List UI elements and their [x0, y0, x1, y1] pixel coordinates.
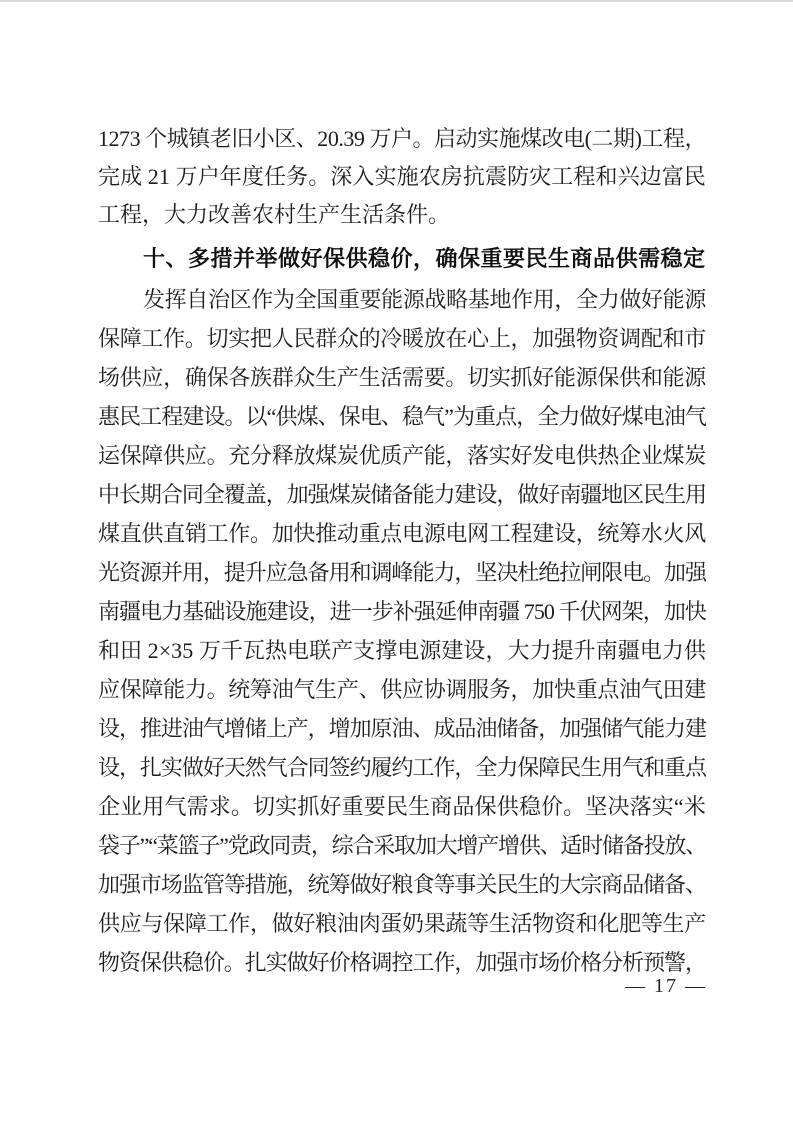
text-line: 完成 21 万户年度任务。深入实施农房抗震防灾工程和兴边富民: [98, 158, 706, 196]
page-number: — 17 —: [625, 974, 707, 998]
text-line: 设，推进油气增储上产，增加原油、成品油储备，加强储气能力建: [98, 709, 706, 748]
text-line: 光资源并用，提升应急备用和调峰能力，坚决杜绝拉闸限电。加强: [98, 553, 706, 592]
body-paragraph: 发挥自治区作为全国重要能源战略基地作用，全力做好能源保障工作。切实把人民群众的冷…: [98, 280, 706, 982]
paragraph-continuation: 1273 个城镇老旧小区、20.39 万户。启动实施煤改电(二期)工程，完成 2…: [98, 120, 706, 234]
text-line: 物资保供稳价。扎实做好价格调控工作，加强市场价格分析预警，: [98, 943, 706, 982]
text-line: 应保障能力。统筹油气生产、供应协调服务，加快重点油气田建: [98, 670, 706, 709]
text-line: 惠民工程建设。以“供煤、保电、稳气”为重点，全力做好煤电油气: [98, 397, 706, 436]
document-page: 1273 个城镇老旧小区、20.39 万户。启动实施煤改电(二期)工程，完成 2…: [0, 0, 793, 1122]
scan-artifact-line: [0, 0, 793, 2]
text-line: 设，扎实做好天然气合同签约履约工作，全力保障民生用气和重点: [98, 748, 706, 787]
text-line: 袋子”“菜篮子”党政同责，综合采取加大增产增供、适时储备投放、: [98, 826, 706, 865]
text-line: 工程，大力改善农村生产生活条件。: [98, 196, 706, 234]
text-line: 中长期合同全覆盖，加强煤炭储备能力建设，做好南疆地区民生用: [98, 475, 706, 514]
text-line: 运保障供应。充分释放煤炭优质产能，落实好发电供热企业煤炭: [98, 436, 706, 475]
text-line: 煤直供直销工作。加快推动重点电源电网工程建设，统筹水火风: [98, 514, 706, 553]
text-line: 场供应，确保各族群众生产生活需要。切实抓好能源保供和能源: [98, 358, 706, 397]
text-line: 企业用气需求。切实抓好重要民生商品保供稳价。坚决落实“米: [98, 787, 706, 826]
text-line: 和田 2×35 万千瓦热电联产支撑电源建设，大力提升南疆电力供: [98, 631, 706, 670]
text-line: 保障工作。切实把人民群众的冷暖放在心上，加强物资调配和市: [98, 319, 706, 358]
text-line: 发挥自治区作为全国重要能源战略基地作用，全力做好能源: [98, 280, 706, 319]
text-line: 南疆电力基础设施建设，进一步补强延伸南疆 750 千伏网架，加快: [98, 592, 706, 631]
text-line: 供应与保障工作，做好粮油肉蛋奶果蔬等生活物资和化肥等生产: [98, 904, 706, 943]
text-line: 1273 个城镇老旧小区、20.39 万户。启动实施煤改电(二期)工程，: [98, 120, 706, 158]
page-content: 1273 个城镇老旧小区、20.39 万户。启动实施煤改电(二期)工程，完成 2…: [98, 120, 706, 982]
section-heading: 十、多措并举做好保供稳价，确保重要民生商品供需稳定: [98, 240, 706, 280]
text-line: 加强市场监管等措施，统筹做好粮食等事关民生的大宗商品储备、: [98, 865, 706, 904]
